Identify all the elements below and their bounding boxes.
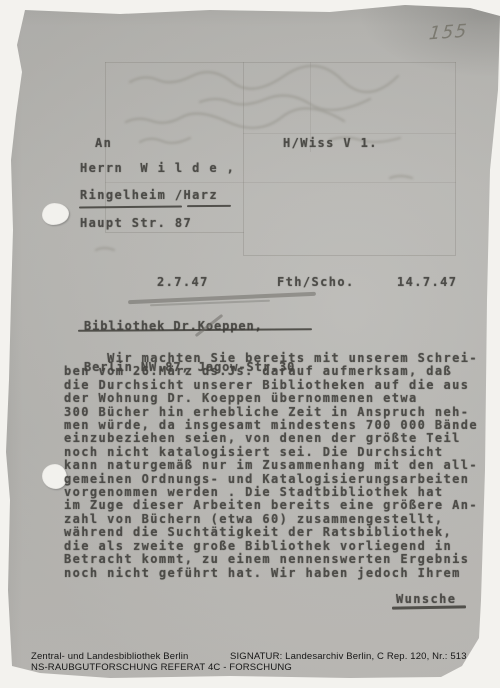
page-number-handwritten: 155 — [428, 21, 469, 45]
underline-catchword — [392, 605, 466, 609]
recipient-city: Ringelheim /Harz — [80, 188, 218, 202]
salutation: An — [95, 136, 112, 150]
clerk-initials: Fth/Scho. — [277, 275, 355, 289]
reference-code: H/Wiss V 1. — [283, 136, 378, 150]
scanned-letter-page: 155 An H/Wiss V 1. Herrn W i l d e , Rin… — [0, 0, 500, 688]
footer-library: Zentral- und Landesbibliothek Berlin — [31, 651, 189, 662]
punch-hole-top — [42, 203, 69, 225]
underline-city — [187, 205, 231, 207]
paper-sheet: 155 An H/Wiss V 1. Herrn W i l d e , Rin… — [0, 0, 500, 688]
date-sent: 14.7.47 — [397, 275, 457, 289]
recipient-street: Haupt Str. 87 — [80, 216, 192, 230]
catchword: Wunsche — [396, 592, 456, 606]
date-received: 2.7.47 — [157, 275, 209, 289]
footer-signature: SIGNATUR: Landesarchiv Berlin, C Rep. 12… — [230, 651, 467, 662]
letter-body: Wir machten Sie bereits mit unserem Schr… — [64, 352, 478, 580]
recipient-name: Herrn W i l d e , — [80, 161, 235, 175]
footer-department: NS-RAUBGUTFORSCHUNG REFERAT 4C - FORSCHU… — [31, 662, 292, 673]
